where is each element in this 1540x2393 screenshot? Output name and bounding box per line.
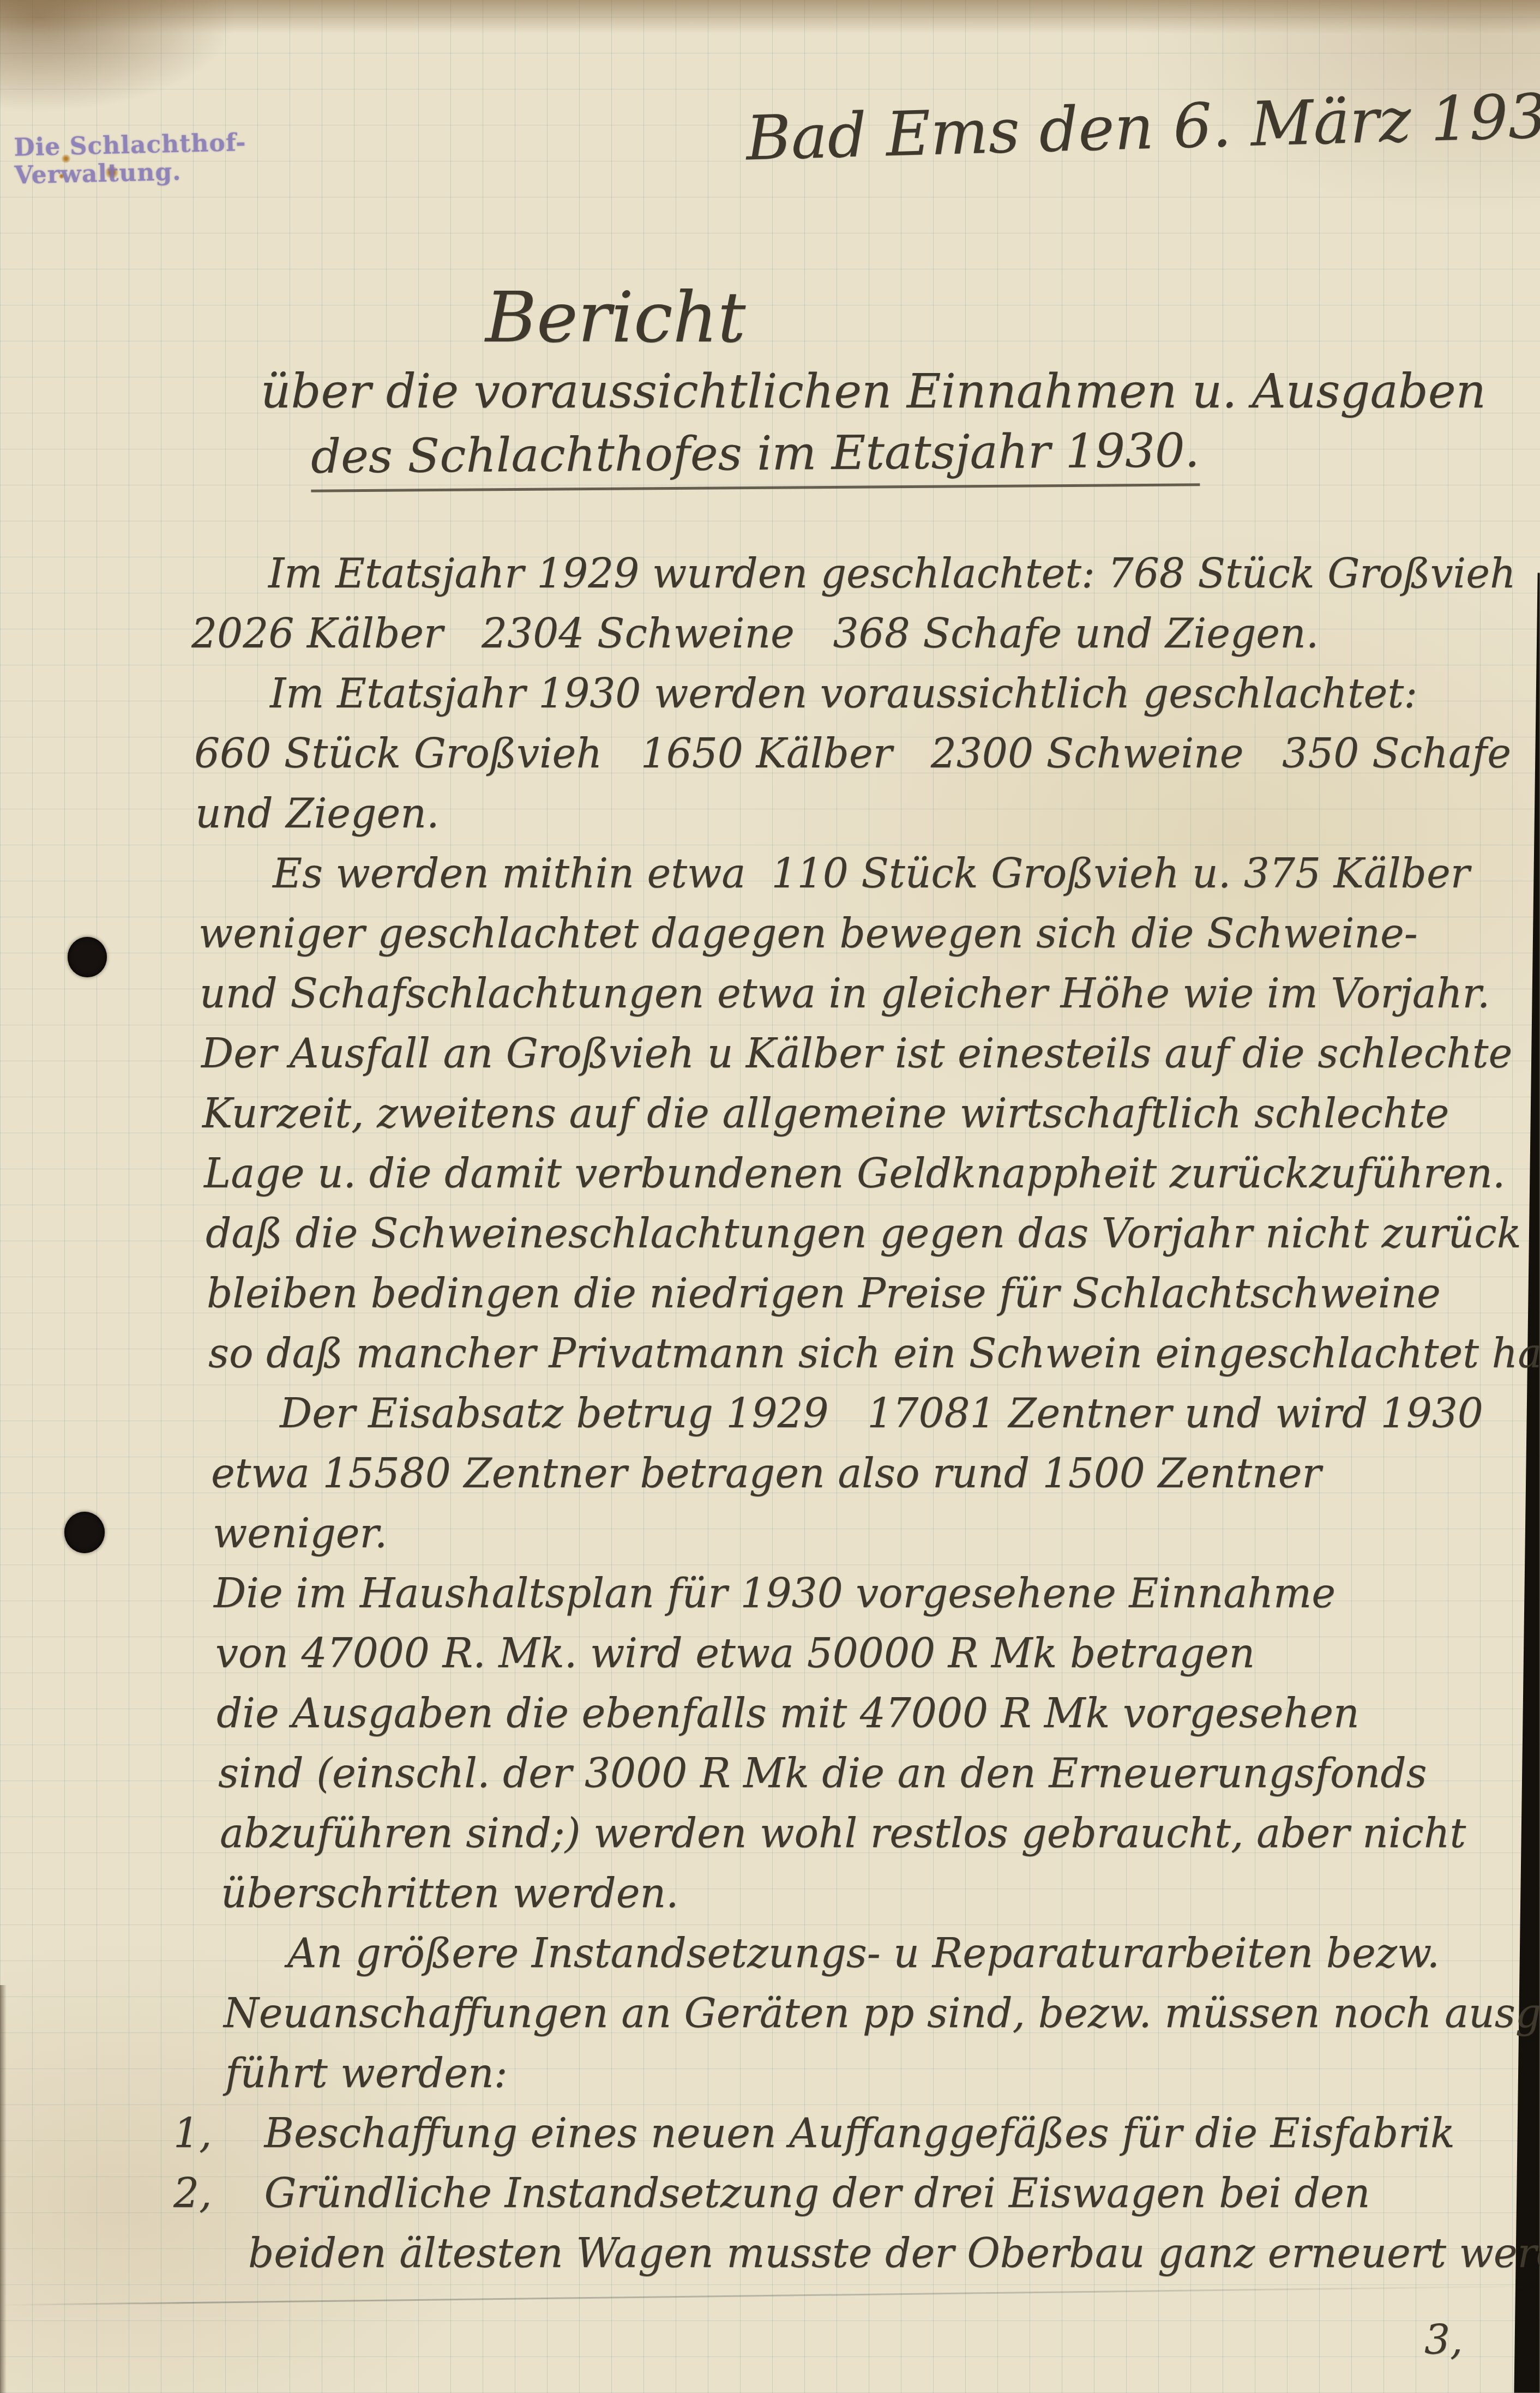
- manuscript-line: abzuführen sind;) werden wohl restlos ge…: [220, 1813, 1466, 1854]
- manuscript-line: An größere Instandsetzungs- u Reparatura…: [287, 1933, 1440, 1974]
- title-subtitle-line2: des Schlachthofes im Etatsjahr 1930.: [311, 423, 1200, 492]
- manuscript-line: Der Ausfall an Großvieh u Kälber ist ein…: [201, 1033, 1512, 1074]
- manuscript-line: weniger.: [213, 1513, 387, 1554]
- manuscript-line: Der Eisabsatz betrug 1929 17081 Zentner …: [280, 1393, 1483, 1434]
- manuscript-line: sind (einschl. der 3000 R Mk die an den …: [218, 1753, 1427, 1794]
- manuscript-line: Im Etatsjahr 1929 wurden geschlachtet: 7…: [268, 554, 1516, 594]
- scan-edge-left: [0, 1985, 7, 2393]
- manuscript-line: und Ziegen.: [195, 793, 439, 834]
- manuscript-line: überschritten werden.: [221, 1873, 679, 1914]
- manuscript-line: Lage u. die damit verbundenen Geldknapph…: [204, 1153, 1505, 1194]
- manuscript-line: Kurzeit, zweitens auf die allgemeine wir…: [202, 1093, 1449, 1134]
- manuscript-line: etwa 15580 Zentner betragen also rund 15…: [211, 1453, 1321, 1494]
- manuscript-line: beiden ältesten Wagen musste der Oberbau…: [248, 2233, 1540, 2274]
- list-item-line: 1,Beschaffung eines neuen Auffanggefäßes…: [173, 2113, 1455, 2154]
- manuscript-line: Neuanschaffungen an Geräten pp sind, bez…: [224, 1993, 1540, 2034]
- list-item-text: Gründliche Instandsetzung der drei Eiswa…: [264, 2173, 1370, 2214]
- manuscript-line: von 47000 R. Mk. wird etwa 50000 R Mk be…: [215, 1633, 1255, 1674]
- list-item-number: 1,: [173, 2113, 212, 2154]
- manuscript-line: 2026 Kälber 2304 Schweine 368 Schafe und…: [191, 614, 1319, 654]
- punch-hole-bottom: [64, 1512, 105, 1553]
- manuscript-line: weniger geschlachtet dagegen bewegen sic…: [198, 913, 1418, 954]
- office-stamp: Die Schlachthof-Verwaltung.: [14, 125, 386, 189]
- manuscript-line: führt werden:: [225, 2053, 508, 2094]
- report-title: Bericht: [485, 277, 746, 358]
- manuscript-line: 660 Stück Großvieh 1650 Kälber 2300 Schw…: [194, 733, 1511, 774]
- manuscript-line: so daß mancher Privatmann sich ein Schwe…: [208, 1333, 1540, 1374]
- page-number: 3,: [1424, 2317, 1463, 2364]
- scanned-document: Die Schlachthof-Verwaltung. Bad Ems den …: [0, 0, 1540, 2393]
- title-subtitle-line1: über die voraussichtlichen Einnahmen u. …: [261, 364, 1486, 419]
- list-item-line: 2,Gründliche Instandsetzung der drei Eis…: [173, 2173, 1370, 2214]
- manuscript-line: Es werden mithin etwa 110 Stück Großvieh…: [273, 853, 1470, 894]
- punch-hole-top: [68, 937, 107, 977]
- list-item-number: 2,: [173, 2173, 212, 2214]
- manuscript-line: daß die Schweineschlachtungen gegen das …: [206, 1213, 1521, 1254]
- manuscript-line: die Ausgaben die ebenfalls mit 47000 R M…: [216, 1693, 1359, 1734]
- manuscript-line: bleiben bedingen die niedrigen Preise fü…: [207, 1273, 1441, 1314]
- list-item-text: Beschaffung eines neuen Auffanggefäßes f…: [264, 2113, 1455, 2154]
- manuscript-line: Im Etatsjahr 1930 werden voraussichtlich…: [270, 674, 1417, 714]
- manuscript-line: Die im Haushaltsplan für 1930 vorgesehen…: [214, 1573, 1336, 1614]
- manuscript-line: und Schafschlachtungen etwa in gleicher …: [200, 973, 1490, 1014]
